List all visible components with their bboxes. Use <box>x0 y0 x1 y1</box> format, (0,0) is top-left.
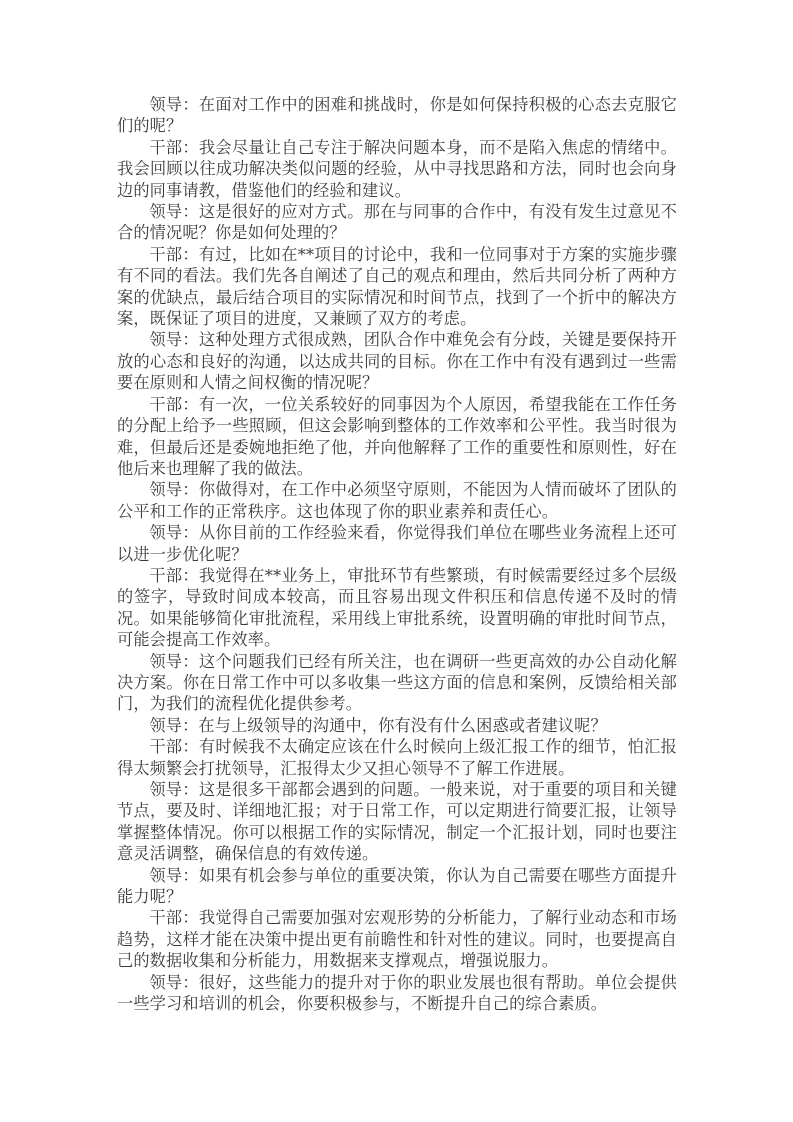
dialogue-paragraph: 领导：你做得对，在工作中必须坚守原则，不能因为人情而破坏了团队的公平和工作的正常… <box>117 479 677 522</box>
dialogue-paragraph: 干部：我觉得自己需要加强对宏观形势的分析能力，了解行业动态和市场趋势，这样才能在… <box>117 907 677 971</box>
dialogue-paragraph: 领导：这个问题我们已经有所关注，也在调研一些更高效的办公自动化解决方案。你在日常… <box>117 651 677 715</box>
document-body: 领导：在面对工作中的困难和挑战时，你是如何保持积极的心态去克服它们的呢？ 干部：… <box>117 94 677 1014</box>
dialogue-paragraph: 干部：有时候我不太确定应该在什么时候向上级汇报工作的细节，怕汇报得太频繁会打扰领… <box>117 736 677 779</box>
dialogue-paragraph: 领导：在与上级领导的沟通中，你有没有什么困惑或者建议呢？ <box>117 715 677 736</box>
dialogue-paragraph: 干部：有过，比如在**项目的讨论中，我和一位同事对于方案的实施步骤有不同的看法。… <box>117 244 677 330</box>
dialogue-paragraph: 干部：我觉得在**业务上，审批环节有些繁琐，有时候需要经过多个层级的签字，导致时… <box>117 565 677 651</box>
dialogue-paragraph: 领导：从你目前的工作经验来看，你觉得我们单位在哪些业务流程上还可以进一步优化呢？ <box>117 522 677 565</box>
dialogue-paragraph: 领导：在面对工作中的困难和挑战时，你是如何保持积极的心态去克服它们的呢？ <box>117 94 677 137</box>
dialogue-paragraph: 干部：有一次，一位关系较好的同事因为个人原因，希望我能在工作任务的分配上给予一些… <box>117 394 677 480</box>
dialogue-paragraph: 领导：这是很多干部都会遇到的问题。一般来说，对于重要的项目和关键节点，要及时、详… <box>117 779 677 865</box>
dialogue-paragraph: 干部：我会尽量让自己专注于解决问题本身，而不是陷入焦虑的情绪中。我会回顾以往成功… <box>117 137 677 201</box>
dialogue-paragraph: 领导：很好，这些能力的提升对于你的职业发展也很有帮助。单位会提供一些学习和培训的… <box>117 972 677 1015</box>
dialogue-paragraph: 领导：如果有机会参与单位的重要决策，你认为自己需要在哪些方面提升能力呢？ <box>117 865 677 908</box>
dialogue-paragraph: 领导：这种处理方式很成熟，团队合作中难免会有分歧，关键是要保持开放的心态和良好的… <box>117 329 677 393</box>
dialogue-paragraph: 领导：这是很好的应对方式。那在与同事的合作中，有没有发生过意见不合的情况呢？你是… <box>117 201 677 244</box>
